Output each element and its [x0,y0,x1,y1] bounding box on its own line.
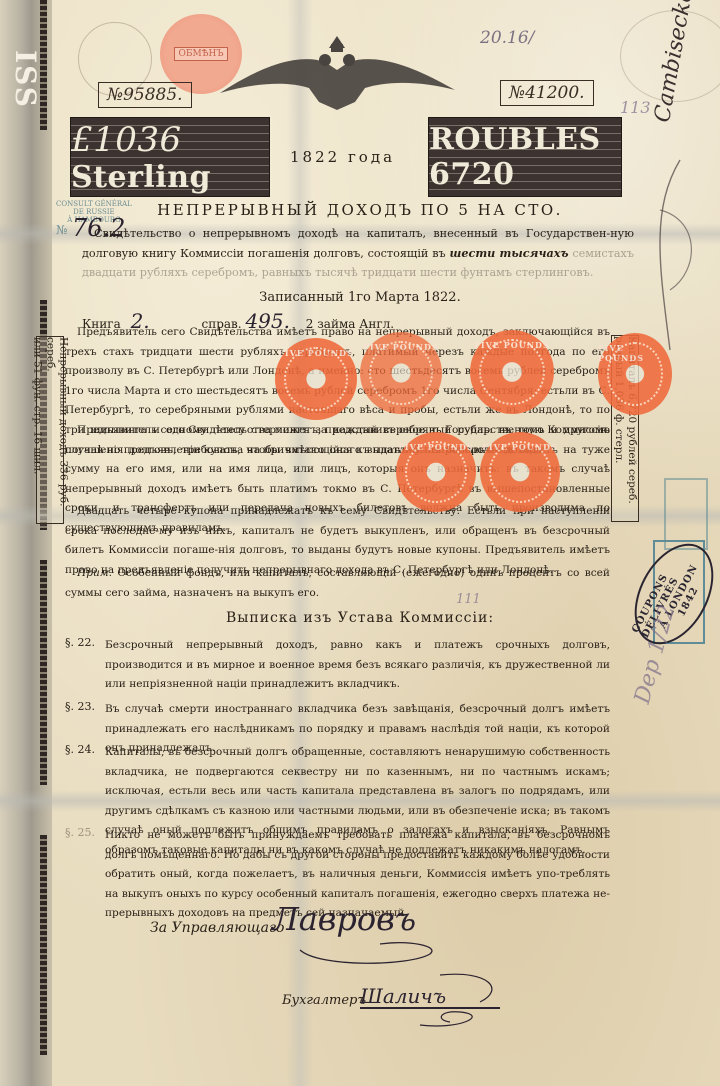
stamp-label: FIVE POUNDS [398,442,474,452]
accountant-signature-label: Бухгалтеръ [282,993,366,1008]
accountant-signature-flourish [380,970,510,1030]
stamp-label: FIVE POUNDS [363,342,439,352]
serial-number-right: №41200. [500,80,594,106]
serial-number-left: №95885. [98,82,192,108]
income-side-line: Непрерывный доходъ 336 руб. сереб. [44,337,70,523]
five-pounds-stamp: FIVE POUNDS [470,330,554,414]
blue-rect-stamp [664,478,708,550]
section-number: §. 23. [65,700,95,713]
income-side-line: или 51 фун. стр. 16 шил. [31,337,44,523]
note-text: Особенный фондъ, или капиталъ, составляю… [65,567,610,599]
manager-signature-flourish [290,930,450,970]
left-perforation [40,835,47,1055]
five-pounds-stamp: FIVE POUNDS [275,338,357,420]
stamp-label: FIVE POUNDS [482,442,558,452]
stamp-label: FIVE POUNDS [474,340,550,350]
extract-title: Выписка изъ Устава Коммиссіи: [150,610,570,626]
issue-year: 1822 года [290,148,395,166]
pencil-note-top: 20.16/ [480,28,534,48]
section-number: §. 22. [65,636,95,649]
certificate-no-label: № [56,223,67,237]
section-number: §. 24. [65,743,95,756]
left-perforation [40,560,47,785]
intro-amount-words: шести тысячахъ [450,246,569,260]
stamp-label: FIVE POUNDS [598,343,672,363]
recorded-date: Записанный 1го Марта 1822. [200,290,520,305]
sterling-currency: Sterling [71,160,211,195]
five-pounds-stamp: FIVE POUNDS [396,432,476,512]
five-pounds-stamp: FIVE POUNDS [360,332,442,414]
roubles-amount: ROUBLES 6720 [429,122,621,192]
stamp-label: FIVE POUNDS [278,348,354,358]
income-side-box: Непрерывный доходъ 336 руб. сереб. или 5… [36,336,64,524]
section-number: §. 25. [65,826,95,839]
intro-paragraph: Свидѣтельство о непрерывномъ доходѣ на к… [82,224,634,283]
roubles-banner: ROUBLES 6720 [428,117,622,197]
sterling-banner: £1036 Sterling [70,117,270,197]
consulate-stamp-line: CONSULT GÉNÉRAL [56,200,132,208]
sterling-amount: £1036 [71,120,182,160]
note-paragraph: Прим. Особенный фондъ, или капиталъ, сос… [65,564,610,603]
section-text: Безсрочный непрерывный доходъ, равно как… [105,636,610,695]
manager-signature-label: За Управляющаго [150,920,284,936]
double-headed-eagle-icon [215,30,460,115]
note-label: Прим. [77,567,112,579]
five-pounds-stamp: FIVE POUNDS [598,333,672,415]
handwritten-flourish [640,150,720,360]
pencil-margin-note: 111 [456,592,481,607]
pencil-note-right: 113 [620,98,651,117]
side-label: ISS [9,50,42,109]
five-pounds-stamp: FIVE POUNDS [480,432,560,512]
